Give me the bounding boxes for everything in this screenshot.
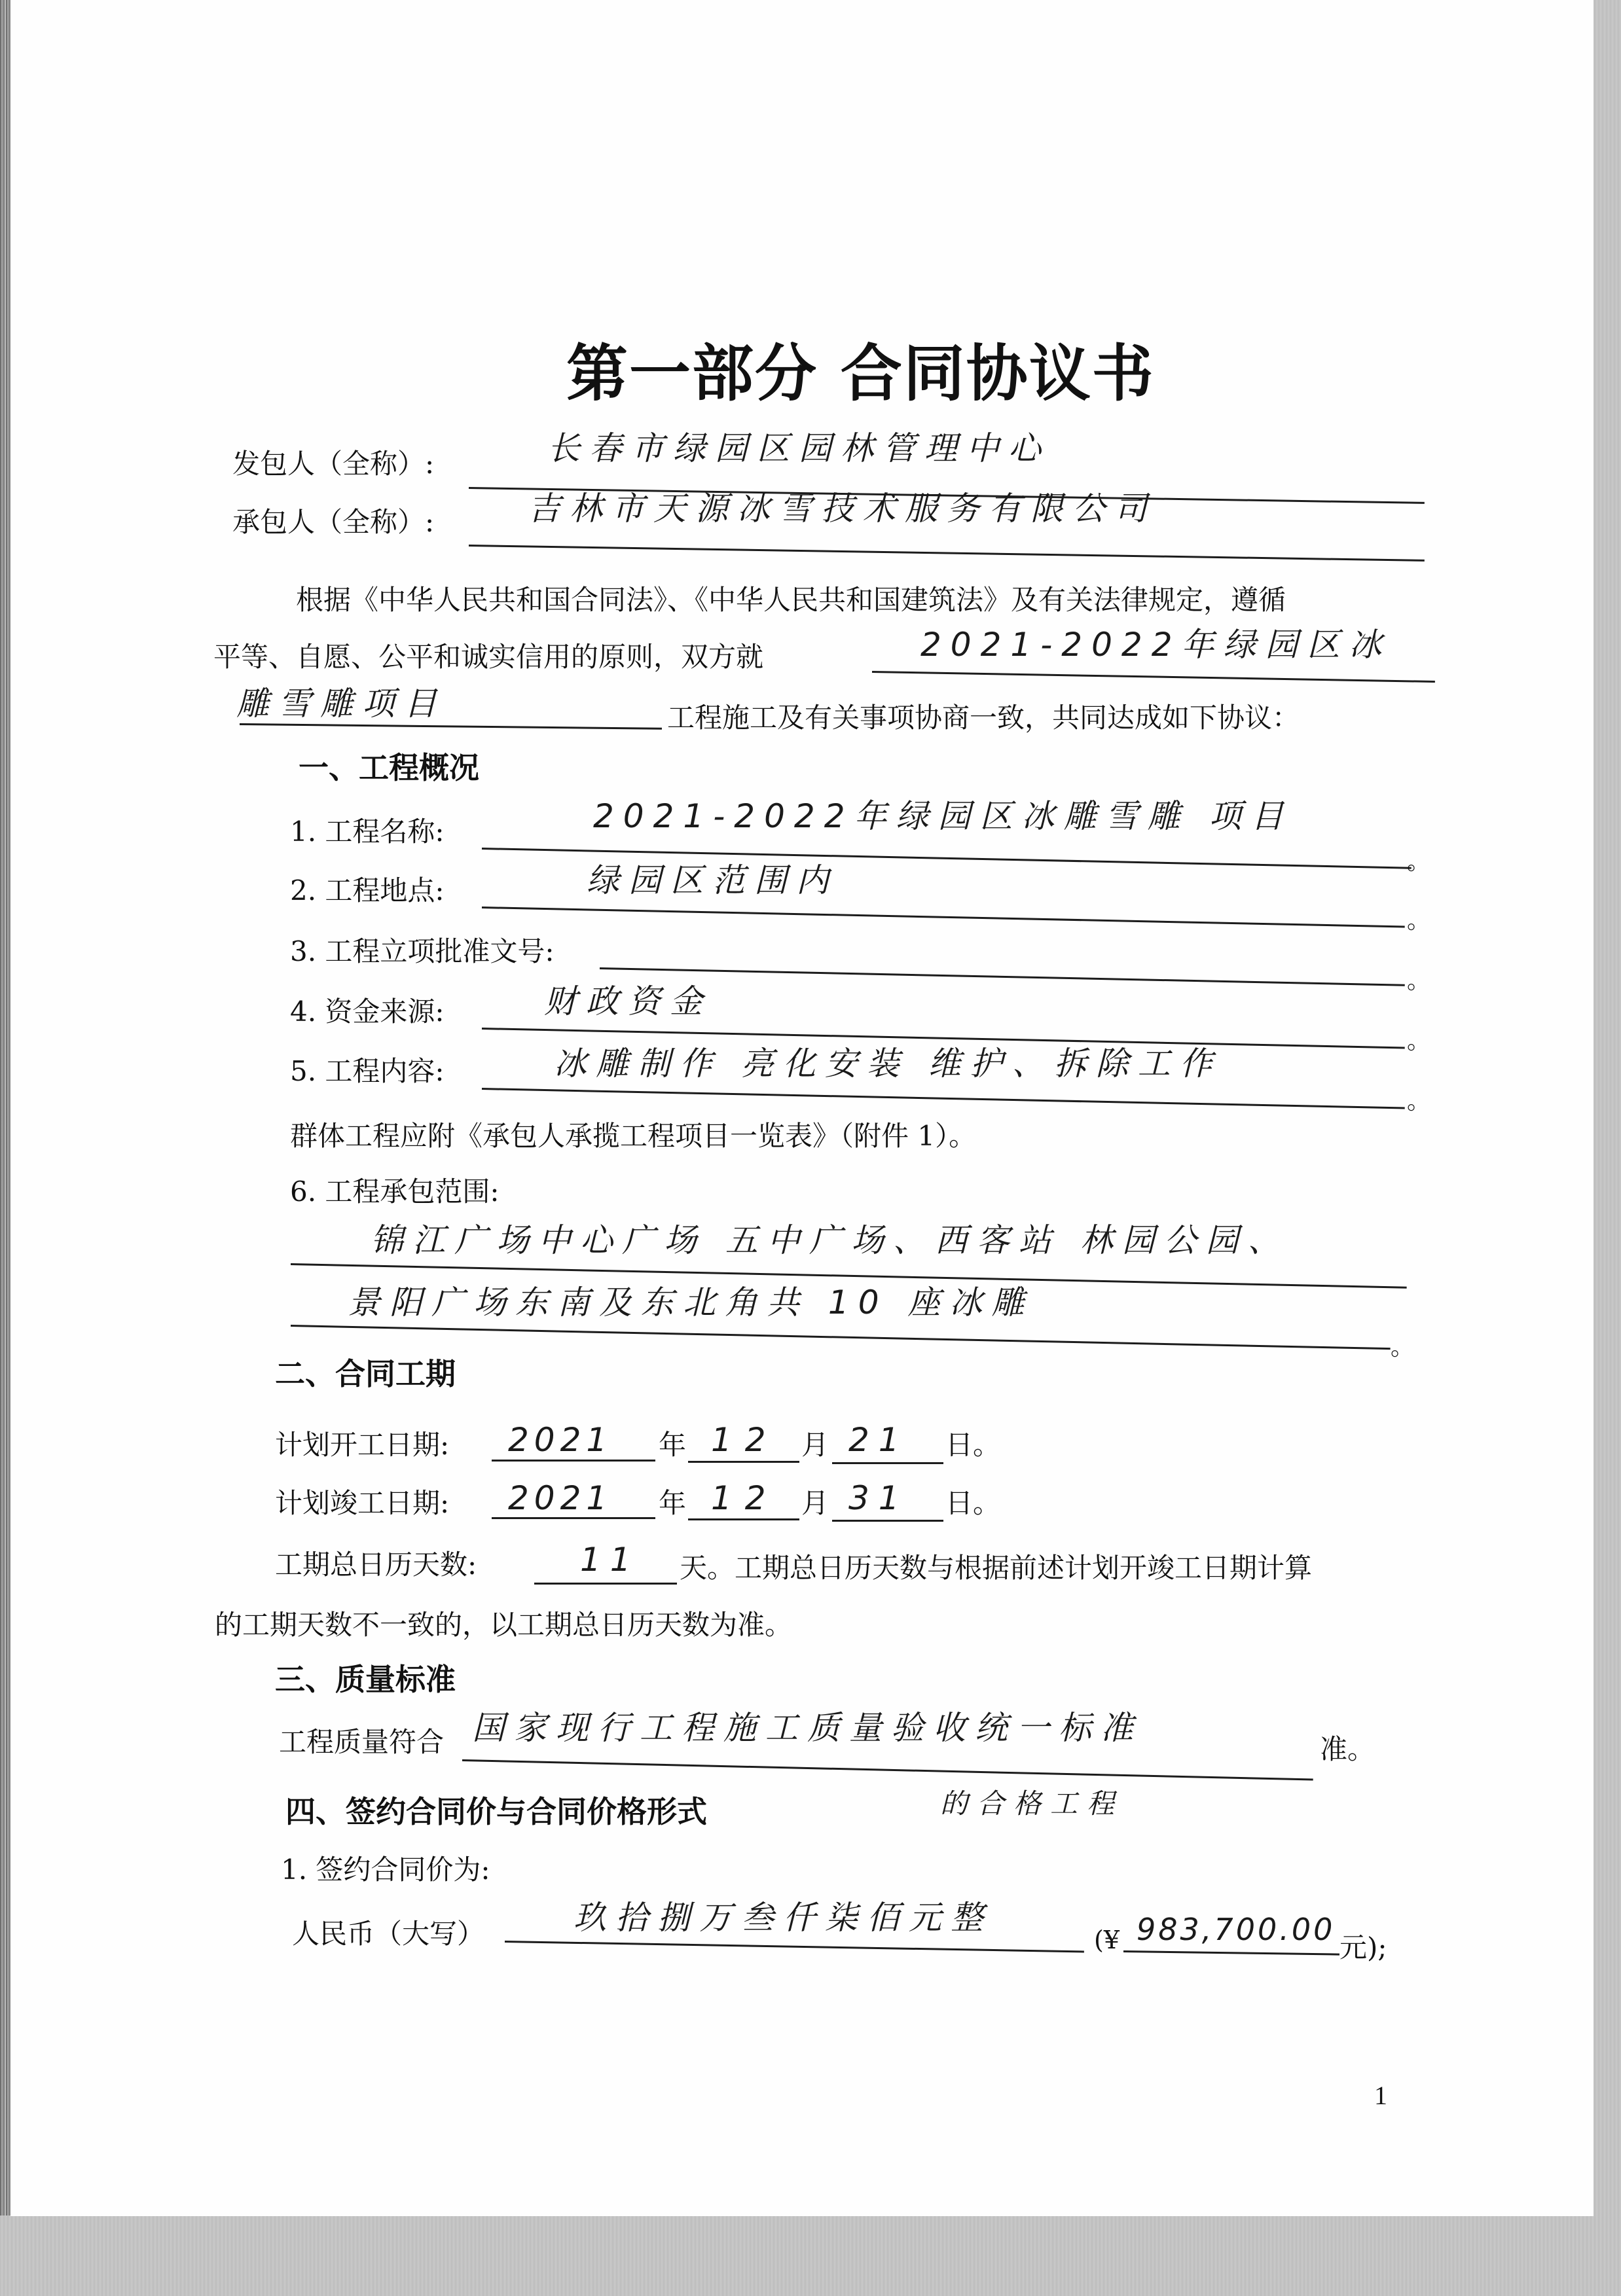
month-unit: 月 [801, 1490, 829, 1517]
employer-label: 发包人（全称）: [232, 450, 434, 478]
project-location-value: 绿园区范围内 [587, 864, 838, 897]
project-name-part2: 雕雪雕项目 [236, 687, 446, 720]
amount-suffix: 元); [1339, 1934, 1387, 1962]
quality-standard-continued: 的合格工程 [940, 1790, 1123, 1818]
project-location-underline [482, 906, 1405, 928]
quality-underline [462, 1759, 1313, 1780]
day-unit: 日。 [945, 1431, 1000, 1459]
period: 。 [1407, 1083, 1430, 1116]
contractor-label: 承包人（全称）: [232, 509, 434, 536]
preamble-line1: 根据《中华人民共和国合同法》、《中华人民共和国建筑法》及有关法律规定，遵循 [296, 586, 1286, 614]
period: 。 [1391, 1329, 1414, 1362]
start-day-underline [832, 1462, 943, 1464]
quality-suffix: 准。 [1320, 1736, 1375, 1763]
start-month-underline [688, 1461, 799, 1463]
year-unit: 年 [659, 1490, 686, 1517]
total-days-underline [534, 1583, 677, 1585]
contractor-underline [469, 545, 1425, 562]
start-year-underline [492, 1460, 655, 1462]
month-unit: 月 [801, 1431, 829, 1459]
planned-start-day: 21 [848, 1424, 909, 1456]
contract-scope-line1: 锦江广场中心广场 五中广场、西客站 林园公园、 [371, 1224, 1290, 1257]
document-page: 第一部分 合同协议书 发包人（全称）: 长春市绿园区园林管理中心 承包人（全称）… [10, 0, 1594, 2216]
end-year-underline [492, 1517, 655, 1519]
day-unit: 日。 [945, 1490, 1000, 1517]
end-month-underline [688, 1518, 799, 1520]
planned-start-label: 计划开工日期: [275, 1431, 449, 1459]
quality-standard-label: 工程质量符合 [279, 1729, 444, 1756]
project-name-part1: 2021-2022年绿园区冰 [920, 628, 1391, 661]
total-days-label: 工期总日历天数: [275, 1551, 477, 1579]
funding-source-label: 4. 资金来源: [290, 998, 445, 1026]
page-number: 1 [1374, 2080, 1387, 2111]
total-days-text1: 天。工期总日历天数与根据前述计划开竣工日期计算 [680, 1554, 1312, 1582]
contract-scope-label: 6. 工程承包范围: [290, 1178, 500, 1206]
project-content-underline [482, 1088, 1405, 1109]
planned-start-year: 2021 [508, 1424, 612, 1456]
section1-heading: 一、工程概况 [299, 753, 479, 783]
rmb-words-label: 人民币（大写） [292, 1920, 484, 1948]
approval-number-underline [600, 967, 1405, 986]
section2-heading: 二、合同工期 [275, 1359, 456, 1389]
planned-completion-label: 计划竣工日期: [275, 1490, 449, 1517]
period: 。 [1407, 902, 1430, 935]
project-name-label: 1. 工程名称: [290, 818, 445, 846]
end-day-underline [832, 1520, 943, 1522]
contractor-value: 吉林市天源冰雪技术服务有限公司 [528, 492, 1156, 525]
project-content-value: 冰雕制作 亮化安装 维护、拆除工作 [554, 1047, 1222, 1080]
project-name-value: 2021-2022年绿园区冰雕雪雕 项目 [593, 800, 1292, 833]
employer-value: 长春市绿园区园林管理中心 [547, 432, 1050, 465]
funding-source-value: 财政资金 [544, 985, 712, 1018]
contract-scope-line2: 景阳广场东南及东北角共 10 座冰雕 [348, 1286, 1033, 1319]
amount-value: 983,700.00 [1137, 1914, 1335, 1945]
project-location-label: 2. 工程地点: [290, 877, 445, 905]
group-project-note: 群体工程应附《承包人承揽工程项目一览表》（附件 1）。 [290, 1122, 976, 1150]
year-unit: 年 [659, 1431, 686, 1459]
amount-underline [1123, 1950, 1339, 1956]
section4-heading: 四、签约合同价与合同价格形式 [285, 1797, 707, 1827]
preamble-line2: 平等、自愿、公平和诚实信用的原则，双方就 [213, 643, 763, 671]
project-underline-1 [872, 671, 1435, 683]
period: 。 [1407, 962, 1430, 996]
preamble-line3: 工程施工及有关事项协商一致，共同达成如下协议： [667, 704, 1300, 732]
approval-number-label: 3. 工程立项批准文号: [290, 938, 555, 965]
project-underline-2 [240, 723, 662, 730]
yen-prefix: (¥ [1094, 1928, 1120, 1952]
section3-heading: 三、质量标准 [275, 1664, 456, 1695]
total-days-text2: 的工期天数不一致的，以工期总日历天数为准。 [215, 1611, 792, 1639]
total-days-value: 11 [580, 1543, 640, 1576]
rmb-words-underline [505, 1941, 1084, 1952]
scanner-edge-strip [0, 0, 10, 2215]
planned-completion-month: 12 [711, 1482, 779, 1515]
project-content-label: 5. 工程内容: [290, 1058, 445, 1085]
rmb-words-value: 玖拾捌万叁仟柒佰元整 [574, 1901, 993, 1934]
planned-start-month: 12 [711, 1424, 779, 1456]
planned-completion-day: 31 [848, 1482, 909, 1515]
quality-standard-value: 国家现行工程施工质量验收统一标准 [472, 1712, 1142, 1744]
period: 。 [1407, 843, 1430, 876]
scope-underline-2 [291, 1325, 1391, 1350]
planned-completion-year: 2021 [508, 1482, 612, 1515]
period: 。 [1407, 1022, 1430, 1056]
contract-price-label: 1. 签约合同价为: [281, 1856, 490, 1884]
page-title: 第一部分 合同协议书 [566, 324, 1155, 412]
